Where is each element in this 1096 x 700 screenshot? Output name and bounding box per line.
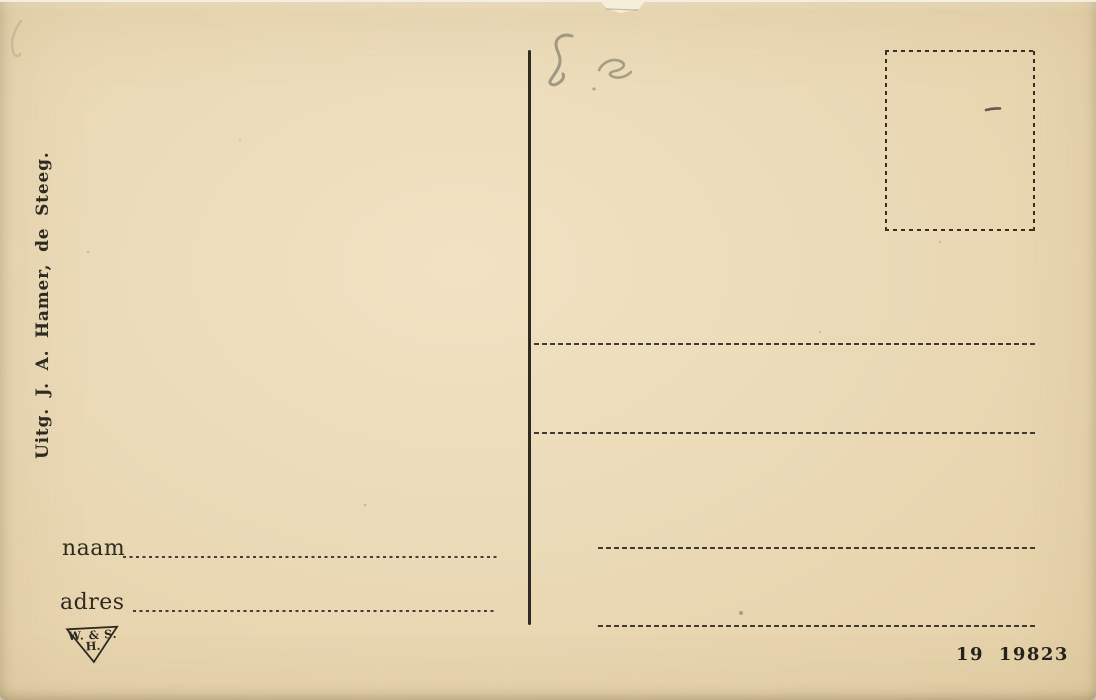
pencil-five-mark [550,35,572,85]
name-label: naam [62,538,125,560]
address-rule [133,610,497,612]
paper-speck [239,139,242,142]
publisher-imprint: Uitg. J. A. Hamer, de Steeg. [33,227,59,459]
address-rule-3 [598,547,1036,549]
address-rule-1 [534,343,1035,345]
pencil-dot [592,87,595,90]
paper-speck [819,331,821,333]
paper-speck [364,504,367,507]
paper-speck [939,241,942,244]
paper-edge-highlight [0,0,1096,2]
printer-logo: W. & S. H. [65,623,121,668]
serial-number: 19 19823 [956,644,1069,665]
logo-text-bottom: H. [85,639,101,654]
address-rule-4 [598,625,1038,627]
paper-chip-shadow [606,9,638,10]
postcard-back: Uitg. J. A. Hamer, de Steeg. naam adres … [0,0,1096,700]
paper-speck [87,251,90,254]
paper-speck [739,611,743,615]
stamp-box [885,50,1035,231]
divider-line [528,50,531,625]
pencil-s-mark [599,60,631,78]
address-label: adres [60,592,125,614]
address-rule-2 [534,432,1035,434]
name-rule [123,556,497,558]
publisher-imprint-text: Uitg. J. A. Hamer, de Steeg. [33,227,59,459]
pencil-squiggle-topleft [12,21,21,56]
